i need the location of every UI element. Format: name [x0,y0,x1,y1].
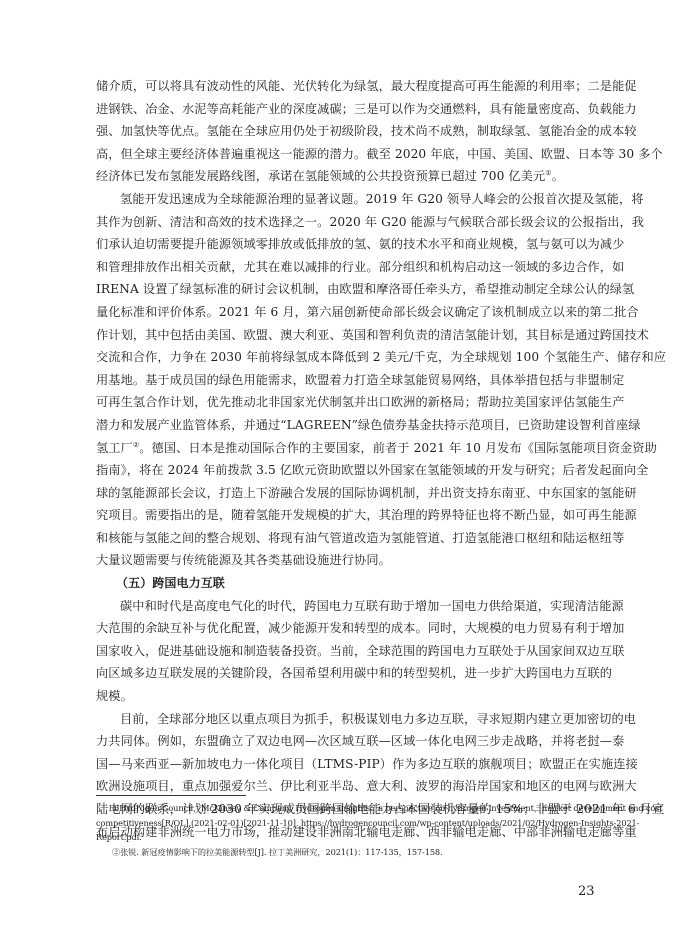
paragraph-line: 用基地。基于成员国的绿色用能需求，欧盟着力打造全球氢能贸易网络，具体举措包括与非… [96,369,603,392]
paragraph-line: 高，但全球主要经济体普遍重视这一能源的潜力。截至 2020 年底，中国、美国、欧… [96,143,603,166]
paragraph-line: 量化标准和评价体系。2021 年 6 月，第六届创新使命部长级会议确定了该机制成… [96,301,603,324]
paragraph-line: 国—马来西亚—新加坡电力一体化项目（LTMS-PIP）作为多边互联的旗舰项目；欧… [96,753,603,776]
paragraph-line: 规模。 [96,685,603,708]
body-text: 储介质，可以将具有波动性的风能、光伏转化为绿氢，最大程度提高可再生能源的利用率；… [96,75,603,843]
line-text: 。 [552,169,564,183]
paragraph-line: 可再生氢合作计划，优先推动北非国家光伏制氢并出口欧洲的新格局；帮助拉美国家评估氢… [96,391,603,414]
paragraph-line: 大量议题需要与传统能源及其各类基础设施进行协同。 [96,549,603,572]
paragraph-line: 作计划，其中包括由美国、欧盟、澳大利亚、英国和智利负责的清洁氢能计划，其目标是通… [96,324,603,347]
paragraph-line: 碳中和时代是高度电气化的时代，跨国电力互联有助于增加一国电力供给渠道，实现清洁能… [96,595,603,618]
paragraph-line: 力共同体。例如，东盟确立了双边电网—次区域互联—区域一体化电网三步走战略，并将老… [96,730,603,753]
footnote-1-line: ①Hydrogen Council，McKinsey & Company. Hy… [96,801,603,816]
line-text: 氢工厂 [96,441,133,455]
paragraph-line: 经济体已发布氢能发展路线图，承诺在氢能领域的公共投资预算已超过 700 亿美元①… [96,165,603,188]
footnote-2: ②张锐. 新冠疫情影响下的拉美能源转型[J]. 拉丁美洲研究，2021(1)：1… [96,845,603,860]
paragraph-line: 指南》，将在 2024 年前拨款 3.5 亿欧元资助欧盟以外国家在氢能领域的开发… [96,459,603,482]
paragraph-line: 球的氢能源部长会议，打造上下游融合发展的国际协调机制，并出资支持东南亚、中东国家… [96,482,603,505]
paragraph-line: IRENA 设置了绿氢标准的研讨会议机制，由欧盟和摩洛哥任牵头方，希望推动制定全… [96,278,603,301]
paragraph-line: 大范围的余缺互补与优化配置，减少能源开发和转型的成本。同时，大规模的电力贸易有利… [96,617,603,640]
paragraph-line: 和核能与氢能之间的整合规划、将现有油气管道改造为氢能管道、打造氢能港口枢纽和陆运… [96,527,603,550]
footnotes: ①Hydrogen Council，McKinsey & Company. Hy… [96,801,603,859]
paragraph-line: 目前，全球部分地区以重点项目为抓手，积极谋划电力多边互联，寻求短期内建立更加密切… [96,708,603,731]
section-heading: （五）跨国电力互联 [96,572,603,595]
paragraph-line: 氢工厂②。德国、日本是推动国际合作的主要国家，前者于 2021 年 10 月发布… [96,437,603,460]
paragraph-line: 强、加氢快等优点。氢能在全球应用仍处于初级阶段，技术尚不成熟，制取绿氢、氢能冶金… [96,120,603,143]
paragraph-line: 国家收入，促进基础设施和制造装备投资。当前，全球范围的跨国电力互联处于从国家间双… [96,640,603,663]
paragraph-line: 氢能开发迅速成为全球能源治理的显著议题。2019 年 G20 领导人峰会的公报首… [96,188,603,211]
page-number: 23 [578,884,595,899]
paragraph-line: 交流和合作，力争在 2030 年前将绿氢成本降低到 2 美元/千克，为全球规划 … [96,346,603,369]
document-page: 储介质，可以将具有波动性的风能、光伏转化为绿氢，最大程度提高可再生能源的利用率；… [0,0,700,943]
paragraph-line: 究项目。需要指出的是，随着氢能开发规模的扩大，其治理的跨界特征也将不断凸显，如可… [96,504,603,527]
footnote-divider [96,795,246,796]
paragraph-line: 潜力和发展产业监管体系，并通过“LAGREEN”绿色债券基金扶持示范项目，已资助… [96,414,603,437]
paragraph-line: 储介质，可以将具有波动性的风能、光伏转化为绿氢，最大程度提高可再生能源的利用率；… [96,75,603,98]
paragraph-line: 向区域多边互联发展的关键阶段，各国希望利用碳中和的转型契机，进一步扩大跨国电力互… [96,662,603,685]
footnote-1-line: Report.pdf. [96,830,603,845]
paragraph-line: 们承认迫切需要提升能源领域零排放或低排放的氢、氨的技术水平和商业规模，氢与氨可以… [96,233,603,256]
paragraph-line: 和管理排放作出相关贡献，尤其在难以减排的行业。部分组织和机构启动这一领域的多边合… [96,256,603,279]
footnote-1-line[interactable]: competitiveness[R/OL].(2021-02-01)[2021-… [96,816,603,831]
paragraph-line: 进钢铁、冶金、水泥等高耗能产业的深度减碳；三是可以作为交通燃料，具有能量密度高、… [96,98,603,121]
line-text: 。德国、日本是推动国际合作的主要国家，前者于 2021 年 10 月发布《国际氢… [139,441,657,455]
paragraph-line: 其作为创新、清洁和高效的技术选择之一。2020 年 G20 能源与气候联合部长级… [96,211,603,234]
line-text: 经济体已发布氢能发展路线图，承诺在氢能领域的公共投资预算已超过 700 亿美元 [96,169,545,183]
